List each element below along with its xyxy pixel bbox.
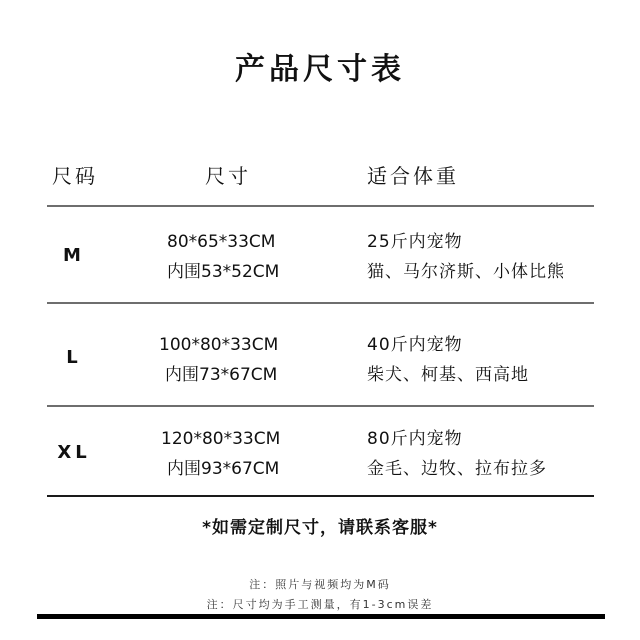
inner-dimensions: 内围53*52CM	[167, 257, 279, 287]
suitable-breeds: 柴犬、柯基、西高地	[367, 360, 529, 390]
size-label: M	[46, 245, 102, 266]
weight-limit: 80斤内宠物	[367, 424, 463, 454]
outer-dimensions: 120*80*33CM	[161, 424, 280, 454]
suitable-breeds: 猫、马尔济斯、小体比熊	[367, 257, 565, 287]
size-label: L	[46, 347, 102, 368]
header-dimensions: 尺寸	[205, 160, 251, 189]
footnote-measurement: 注：尺寸均为手工测量，有1-3cm误差	[0, 596, 640, 612]
outer-dimensions: 80*65*33CM	[167, 227, 275, 257]
weight-limit: 25斤内宠物	[367, 227, 463, 257]
size-label: XL	[46, 442, 102, 463]
weight-limit: 40斤内宠物	[367, 330, 463, 360]
divider	[47, 405, 594, 407]
bottom-bar	[37, 614, 605, 619]
page-title: 产品尺寸表	[0, 44, 640, 88]
outer-dimensions: 100*80*33CM	[159, 330, 278, 360]
suitable-breeds: 金毛、边牧、拉布拉多	[367, 454, 547, 484]
size-chart-page: 产品尺寸表 尺码 尺寸 适合体重 M 80*65*33CM 内围53*52CM …	[0, 0, 640, 640]
footnote-photo: 注：照片与视频均为M码	[0, 576, 640, 592]
custom-size-note: *如需定制尺寸，请联系客服*	[0, 513, 640, 538]
inner-dimensions: 内围93*67CM	[167, 454, 279, 484]
header-suitable-weight: 适合体重	[367, 160, 459, 189]
table-bottom-border	[47, 495, 594, 497]
divider	[47, 205, 594, 207]
inner-dimensions: 内围73*67CM	[165, 360, 277, 390]
header-size: 尺码	[52, 160, 98, 189]
divider	[47, 302, 594, 304]
